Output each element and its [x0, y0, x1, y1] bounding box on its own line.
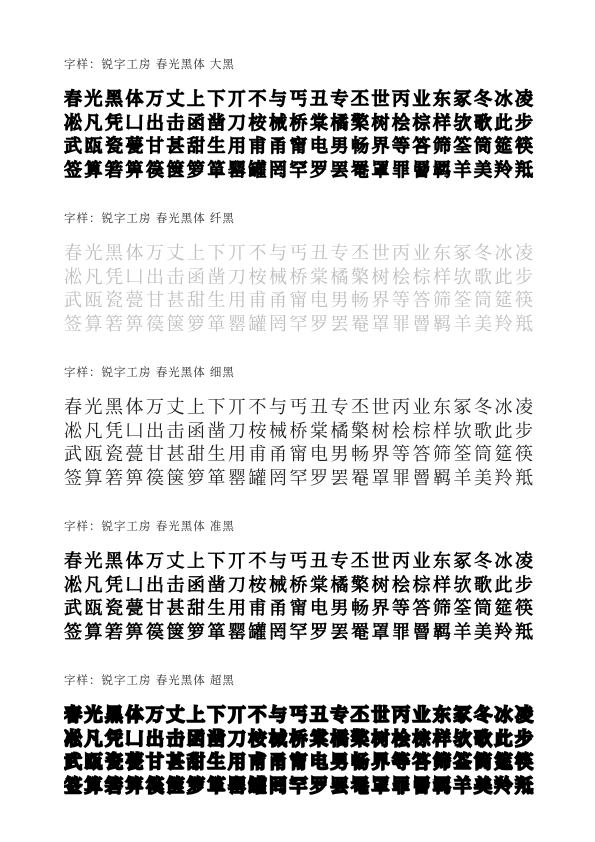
specimen-label: 字样：锐字工房 春光黑体 大黑 — [64, 58, 595, 73]
sample-block: 春光黑体万丈上下丌不与丐丑专丕世丙业东冢冬冰凌 凇凡凭凵出击函凿刀桉械桥棠橘檠树… — [64, 242, 538, 336]
sample-line: 武瓯瓷甍甘甚甜生用甫甬甯电男畅界等答筛筌筒筵筷 — [64, 751, 538, 775]
specimen-section-xihei: 字样：锐字工房 春光黑体 细黑 春光黑体万丈上下丌不与丐丑专丕世丙业东冢冬冰凌 … — [64, 366, 595, 490]
specimen-section-chaohei: 字样：锐字工房 春光黑体 超黑 春光黑体万丈上下丌不与丐丑专丕世丙业东冢冬冰凌 … — [64, 674, 595, 798]
sample-block: 春光黑体万丈上下丌不与丐丑专丕世丙业东冢冬冰凌 凇凡凭凵出击函凿刀桉械桥棠橘檠树… — [64, 88, 538, 182]
sample-line: 签算箬箅篌箧箩箪罂罐罔罕罗罢罨罩罪罾羁羊美羚羝 — [64, 621, 538, 645]
sample-line: 签算箬箅篌箧箩箪罂罐罔罕罗罢罨罩罪罾羁羊美羚羝 — [64, 467, 538, 491]
sample-line: 签算箬箅篌箧箩箪罂罐罔罕罗罢罨罩罪罾羁羊美羚羝 — [64, 159, 538, 183]
sample-line: 武瓯瓷甍甘甚甜生用甫甬甯电男畅界等答筛筌筒筵筷 — [64, 289, 538, 313]
sample-block: 春光黑体万丈上下丌不与丐丑专丕世丙业东冢冬冰凌 凇凡凭凵出击函凿刀桉械桥棠橘檠树… — [64, 396, 538, 490]
specimen-label: 字样：锐字工房 春光黑体 超黑 — [64, 674, 595, 689]
specimen-label: 字样：锐字工房 春光黑体 细黑 — [64, 366, 595, 381]
sample-line: 凇凡凭凵出击函凿刀桉械桥棠橘檠树桧棕样欤歌此步 — [64, 728, 538, 752]
sample-line: 签算箬箅篌箧箩箪罂罐罔罕罗罢罨罩罪罾羁羊美羚羝 — [64, 775, 538, 799]
sample-line: 武瓯瓷甍甘甚甜生用甫甬甯电男畅界等答筛筌筒筵筷 — [64, 597, 538, 621]
specimen-section-xianhei: 字样：锐字工房 春光黑体 纤黑 春光黑体万丈上下丌不与丐丑专丕世丙业东冢冬冰凌 … — [64, 212, 595, 336]
sample-line: 武瓯瓷甍甘甚甜生用甫甬甯电男畅界等答筛筌筒筵筷 — [64, 135, 538, 159]
sample-block: 春光黑体万丈上下丌不与丐丑专丕世丙业东冢冬冰凌 凇凡凭凵出击函凿刀桉械桥棠橘檠树… — [64, 550, 538, 644]
specimen-section-dahei: 字样：锐字工房 春光黑体 大黑 春光黑体万丈上下丌不与丐丑专丕世丙业东冢冬冰凌 … — [64, 58, 595, 182]
sample-line: 春光黑体万丈上下丌不与丐丑专丕世丙业东冢冬冰凌 — [64, 396, 538, 420]
specimen-label: 字样：锐字工房 春光黑体 准黑 — [64, 520, 595, 535]
specimen-page: 字样：锐字工房 春光黑体 大黑 春光黑体万丈上下丌不与丐丑专丕世丙业东冢冬冰凌 … — [0, 0, 595, 842]
sample-line: 春光黑体万丈上下丌不与丐丑专丕世丙业东冢冬冰凌 — [64, 242, 538, 266]
sample-line: 凇凡凭凵出击函凿刀桉械桥棠橘檠树桧棕样欤歌此步 — [64, 112, 538, 136]
sample-line: 武瓯瓷甍甘甚甜生用甫甬甯电男畅界等答筛筌筒筵筷 — [64, 443, 538, 467]
sample-line: 春光黑体万丈上下丌不与丐丑专丕世丙业东冢冬冰凌 — [64, 704, 538, 728]
specimen-label: 字样：锐字工房 春光黑体 纤黑 — [64, 212, 595, 227]
sample-line: 春光黑体万丈上下丌不与丐丑专丕世丙业东冢冬冰凌 — [64, 88, 538, 112]
sample-line: 凇凡凭凵出击函凿刀桉械桥棠橘檠树桧棕样欤歌此步 — [64, 574, 538, 598]
specimen-section-zhunhei: 字样：锐字工房 春光黑体 准黑 春光黑体万丈上下丌不与丐丑专丕世丙业东冢冬冰凌 … — [64, 520, 595, 644]
sample-line: 春光黑体万丈上下丌不与丐丑专丕世丙业东冢冬冰凌 — [64, 550, 538, 574]
sample-line: 凇凡凭凵出击函凿刀桉械桥棠橘檠树桧棕样欤歌此步 — [64, 420, 538, 444]
sample-block: 春光黑体万丈上下丌不与丐丑专丕世丙业东冢冬冰凌 凇凡凭凵出击函凿刀桉械桥棠橘檠树… — [64, 704, 538, 798]
sample-line: 签算箬箅篌箧箩箪罂罐罔罕罗罢罨罩罪罾羁羊美羚羝 — [64, 313, 538, 337]
sample-line: 凇凡凭凵出击函凿刀桉械桥棠橘檠树桧棕样欤歌此步 — [64, 266, 538, 290]
